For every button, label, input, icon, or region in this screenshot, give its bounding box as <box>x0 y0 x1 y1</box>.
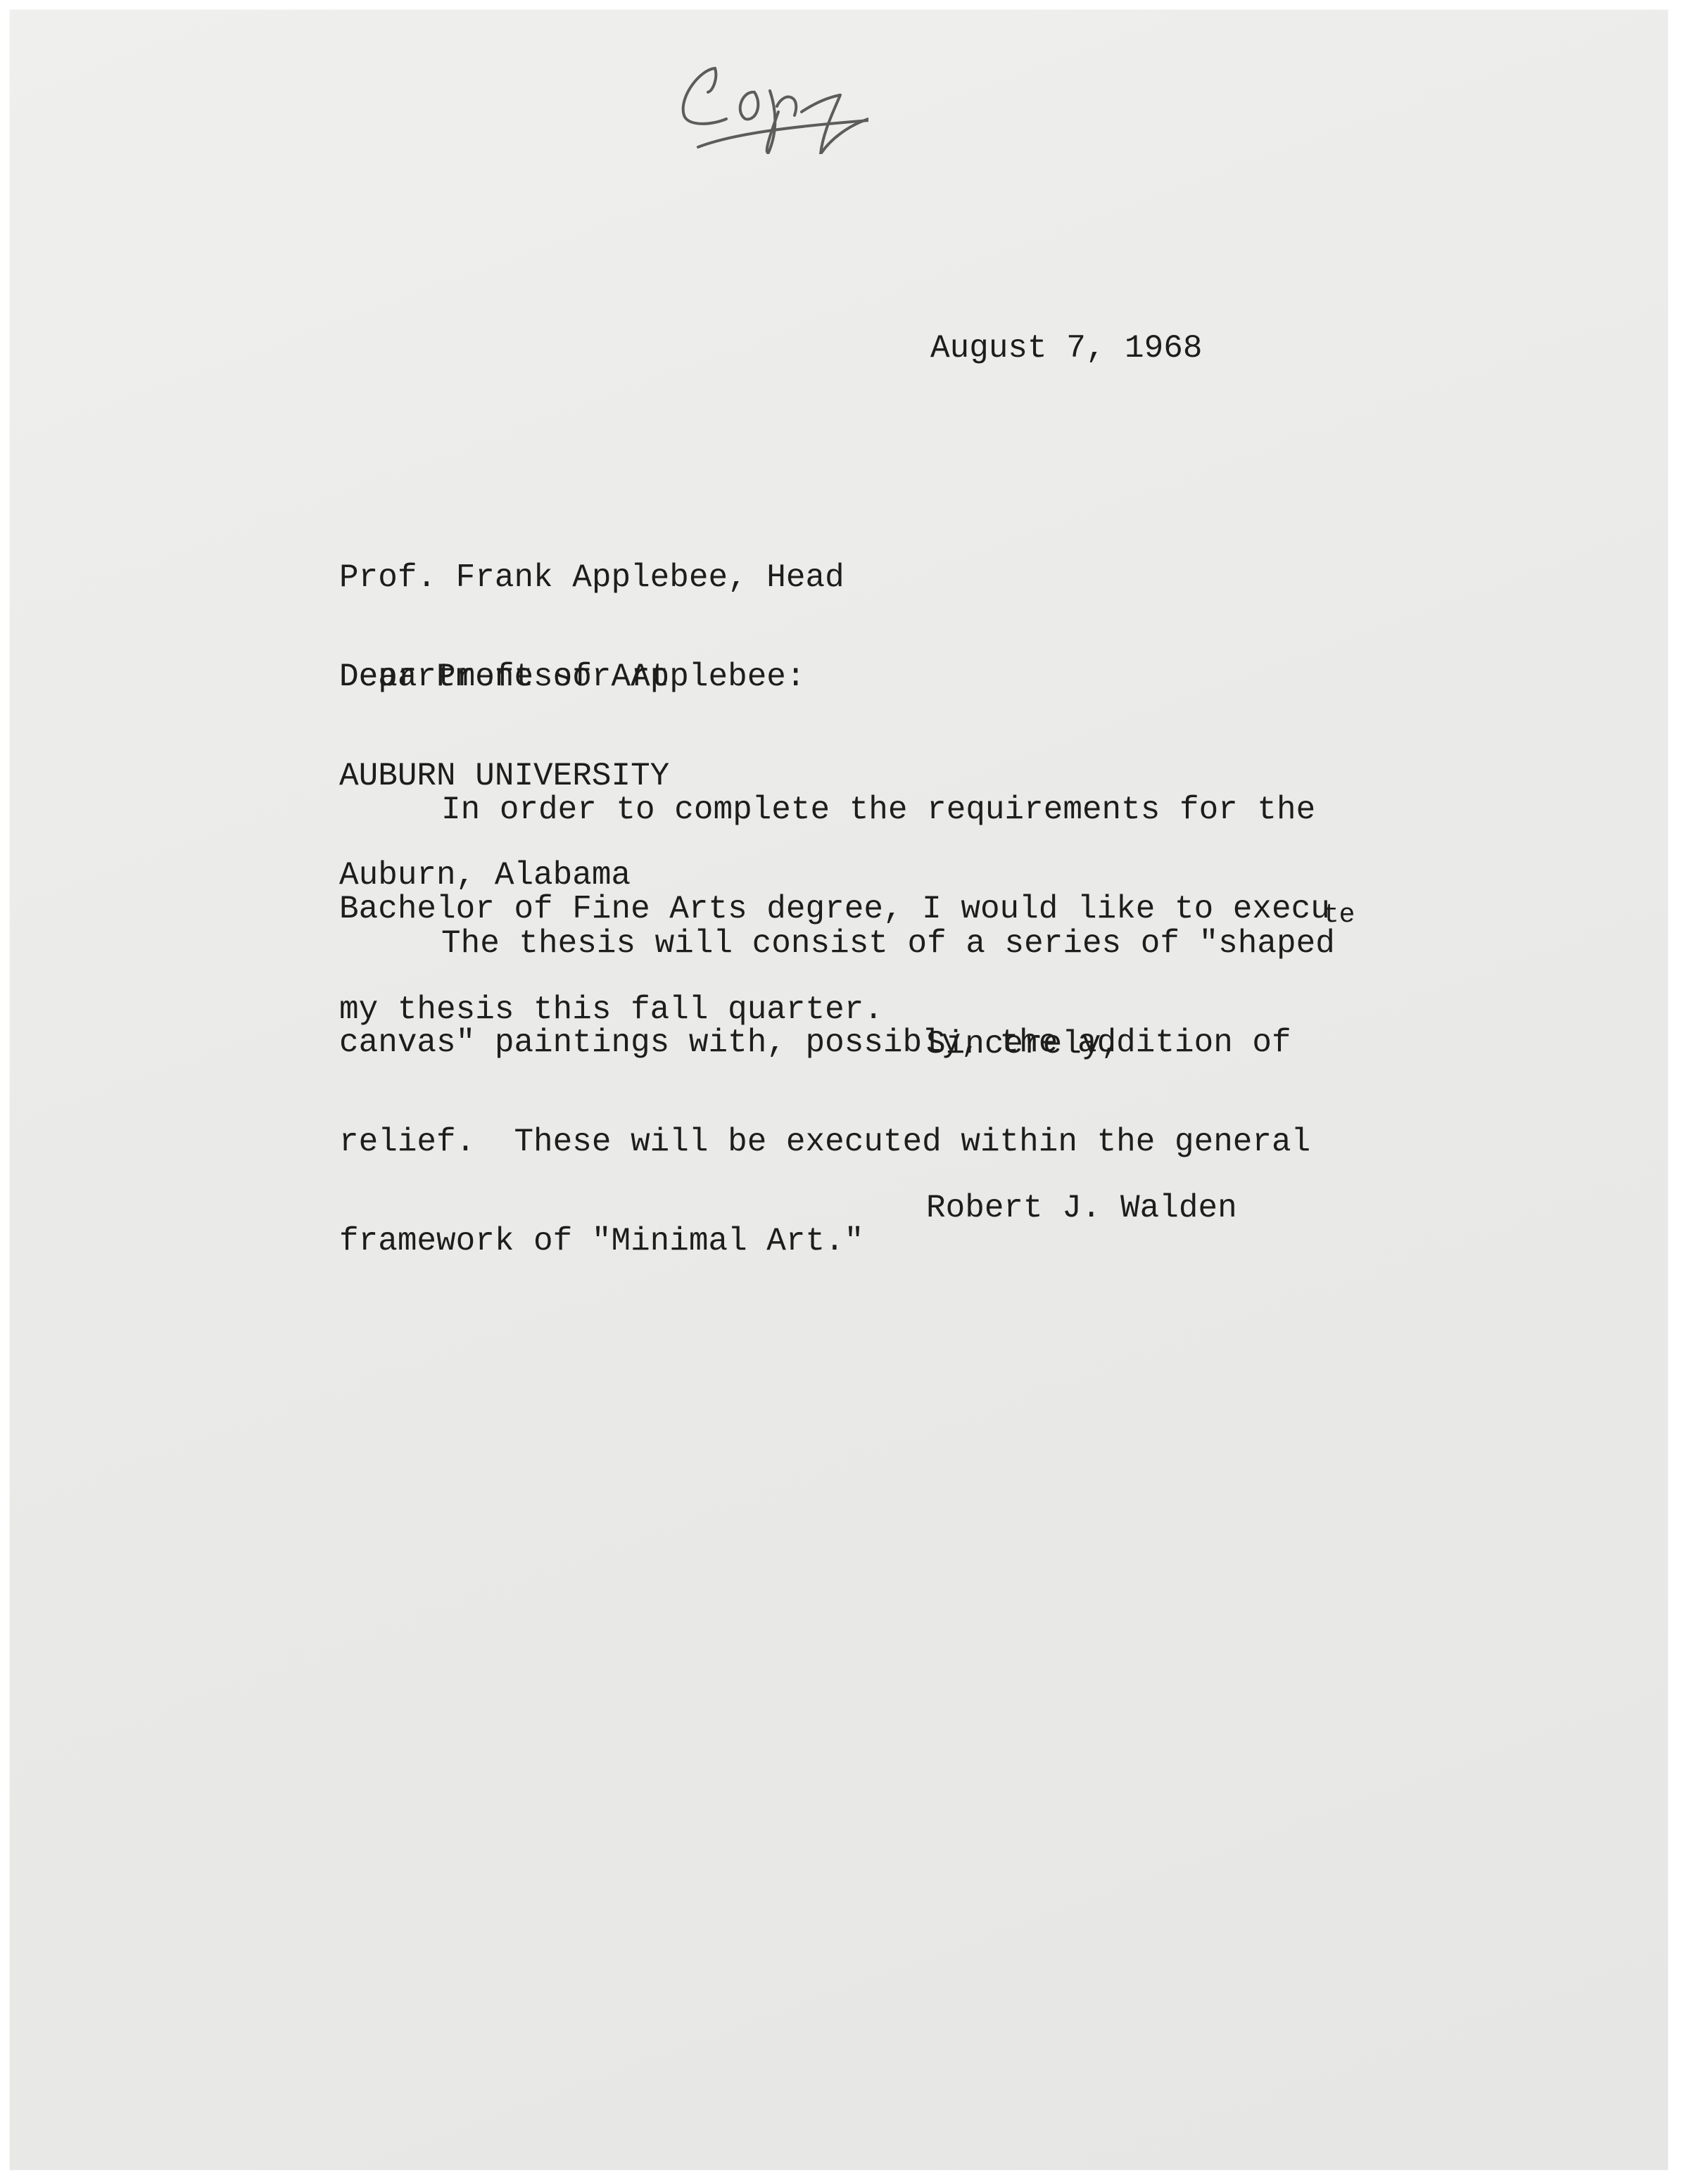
paragraph-line: relief. These will be executed within th… <box>339 1126 1335 1159</box>
recipient-name: Prof. Frank Applebee, Head <box>339 561 844 595</box>
paragraph-2: The thesis will consist of a series of "… <box>339 861 1335 1324</box>
paragraph-line: framework of "Minimal Art." <box>339 1225 1335 1258</box>
letter-date: August 7, 1968 <box>930 332 1202 365</box>
paragraph-line: The thesis will consist of a series of "… <box>339 927 1335 960</box>
paragraph-line: canvas" paintings with, possibly, the ad… <box>339 1027 1335 1060</box>
letter-page: August 7, 1968 Prof. Frank Applebee, Hea… <box>10 10 1668 2170</box>
salutation: Dear Professor Applebee: <box>339 661 806 694</box>
paragraph-line: In order to complete the requirements fo… <box>339 794 1355 827</box>
handwritten-copy-mark-icon <box>671 49 868 154</box>
signature-name: Robert J. Walden <box>926 1192 1237 1225</box>
closing: Sincerely, <box>926 1028 1120 1061</box>
